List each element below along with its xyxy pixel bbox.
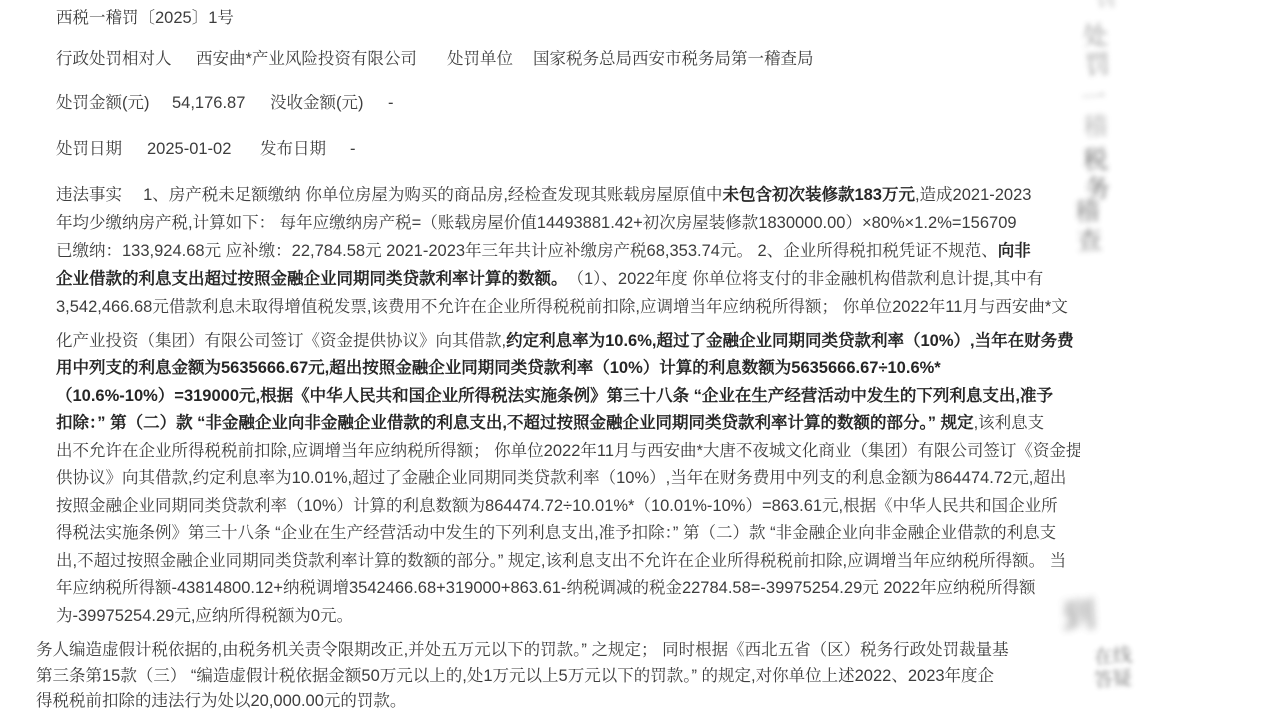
fact-line: 得税法实施条例》第三十八条 “企业在生产经营活动中发生的下列利息支出,准予扣除：… — [56, 522, 1056, 544]
confiscation-amount-label: 没收金额(元) — [270, 94, 364, 114]
unit-value: 国家税务总局西安市税务局第一稽查局 — [533, 50, 814, 70]
fact-line: （10.6%-10%）=319000元,根据《中华人民共和国企业所得税法实施条例… — [56, 385, 1053, 407]
penalty-basis-section: 务人编造虚假计税依据的,由税务机关责令限期改正,并处五万元以下的罚款。” 之规定… — [36, 639, 1080, 714]
watermark-blob: 税务 — [1082, 145, 1116, 204]
fact-line: 扣除：” 第（二）款 “非金融企业向非金融企业借款的利息支出,不超过按照金融企业… — [56, 412, 1044, 434]
publish-date-label: 发布日期 — [260, 140, 326, 160]
basis-line: 第三条第15款（三） “编造虚假计税依据金额50万元以上的,处1万元以上5万元以… — [36, 665, 994, 687]
fact-line: 化产业投资（集团）有限公司签订《资金提供协议》向其借款,约定利息率为10.6%,… — [56, 330, 1074, 352]
fact-line: 供协议》向其借款,约定利息率为10.01%,超过了金融企业同期同类贷款利率（10… — [56, 467, 1066, 489]
online-help-widget[interactable]: 答疑 — [1093, 668, 1136, 693]
fact-line: 用中列支的利息金额为5635666.67元,超出按照金融企业同期同类贷款利率（1… — [56, 357, 941, 379]
online-help-widget[interactable]: 在线 — [1093, 645, 1136, 670]
watermark-blob: 处罚 — [1082, 21, 1116, 80]
watermark-blob: 罚 — [1095, 0, 1127, 12]
penalty-date-label: 处罚日期 — [56, 140, 122, 160]
fact-line: 出,不超过按照金融企业同期同类贷款利率计算的数额的部分。” 规定,该利息支出不允… — [56, 550, 1066, 572]
watermark-blob: 一稽 — [1080, 83, 1114, 142]
fact-line: 年应纳税所得额-43814800.12+纳税调增3542466.68+31900… — [56, 577, 1036, 599]
unit-label: 处罚单位 — [447, 50, 513, 70]
fact-line: 为-39975254.29元,应纳所得税额为0元。 — [56, 605, 353, 627]
doc-number: 西税一稽罚〔2025〕1号 — [56, 9, 234, 29]
fact-line: 按照金融企业同期同类贷款利率（10%）计算的利息数额为864474.72÷10.… — [56, 495, 1058, 517]
fact-line: 违法事实 1、房产税未足额缴纳 你单位房屋为购买的商品房,经检查发现其账载房屋原… — [56, 184, 1031, 206]
fact-line: 出不允许在企业所得税税前扣除,应调增当年应纳税所得额； 你单位2022年11月与… — [56, 440, 1080, 462]
publish-date-value: - — [350, 140, 356, 160]
watermark-blob: 稽查 — [1074, 197, 1108, 256]
basis-line: 务人编造虚假计税依据的,由税务机关责令限期改正,并处五万元以下的罚款。” 之规定… — [36, 639, 1009, 661]
basis-line: 得税税前扣除的违法行为处以20,000.00元的罚款。 — [36, 690, 406, 712]
fact-line: 企业借款的利息支出超过按照金融企业同期同类贷款利率计算的数额。 （1）、2022… — [56, 268, 1043, 290]
watermark-blob: 到 — [1061, 594, 1122, 637]
illegal-facts-section: 违法事实 1、房产税未足额缴纳 你单位房屋为购买的商品房,经检查发现其账载房屋原… — [56, 184, 1080, 632]
fact-line: 已缴纳：133,924.68元 应补缴：22,784.58元 2021-2023… — [56, 240, 1031, 262]
confiscation-amount-value: - — [388, 94, 394, 114]
penalty-amount-value: 54,176.87 — [172, 94, 245, 114]
fact-line: 3,542,466.68元借款利息未取得增值税发票,该费用不允许在企业所得税税前… — [56, 296, 1068, 318]
fact-line: 年均少缴纳房产税,计算如下： 每年应缴纳房产税=（账载房屋价值14493881.… — [56, 212, 1017, 234]
penalty-amount-label: 处罚金额(元) — [56, 94, 150, 114]
party-value: 西安曲*产业风险投资有限公司 — [196, 50, 417, 70]
penalty-document-page: 西税一稽罚〔2025〕1号 行政处罚相对人 西安曲*产业风险投资有限公司 处罚单… — [0, 0, 1268, 714]
party-label: 行政处罚相对人 — [56, 50, 172, 70]
penalty-date-value: 2025-01-02 — [147, 140, 231, 160]
